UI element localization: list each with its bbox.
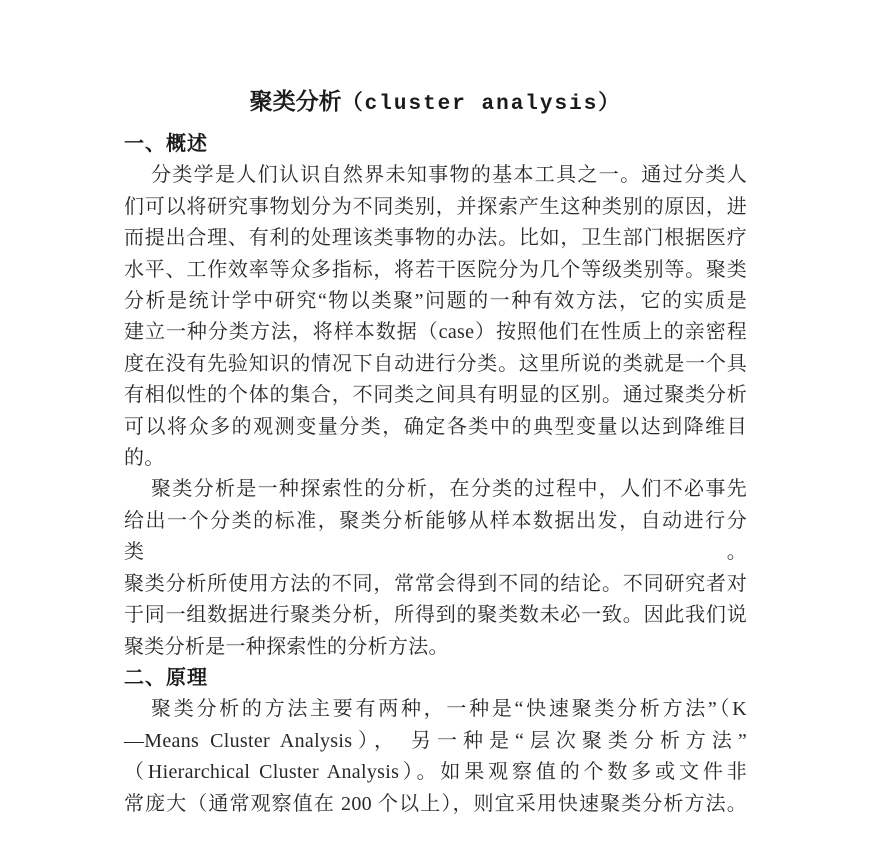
text-line: 聚类分析的方法主要有两种，一种是“快速聚类分析方法”（K [124,694,747,725]
text-line: 聚类分析所使用方法的不同，常常会得到不同的结论。不同研究者对 [124,569,747,600]
text-line: 建立一种分类方法，将样本数据（case）按照他们在性质上的亲密程 [124,317,747,348]
document-page: 聚类分析（cluster analysis） 一、概述 分类学是人们认识自然界未… [0,0,870,842]
text-line: 水平、工作效率等众多指标，将若干医院分为几个等级类别等。聚类 [124,255,747,286]
document-title-chinese: 聚类分析 [250,89,342,114]
text-line: 常庞大（通常观察值在 200 个以上），则宜采用快速聚类分析方法。 [124,789,747,820]
document-title-english: （cluster analysis） [342,93,622,116]
text-line: 们可以将研究事物划分为不同类别，并探索产生这种类别的原因，进 [124,192,747,223]
text-line: 分类学是人们认识自然界未知事物的基本工具之一。通过分类人 [124,160,747,191]
text-line: 度在没有先验知识的情况下自动进行分类。这里所说的类就是一个具 [124,349,747,380]
text-line: 可以将众多的观测变量分类，确定各类中的典型变量以达到降维目 [124,412,747,443]
text-line: （Hierarchical Cluster Analysis）。如果观察值的个数… [124,757,747,788]
document-title: 聚类分析（cluster analysis） [124,84,747,123]
text-line: 聚类分析是一种探索性的分析方法。 [124,632,747,663]
paragraph-3: 聚类分析的方法主要有两种，一种是“快速聚类分析方法”（K —Means Clus… [124,694,747,820]
text-line: 而提出合理、有利的处理该类事物的办法。比如，卫生部门根据医疗 [124,223,747,254]
text-line: 聚类分析是一种探索性的分析，在分类的过程中，人们不必事先 [124,474,747,505]
section-heading-principle: 二、原理 [124,663,747,694]
text-line: 于同一组数据进行聚类分析，所得到的聚类数未必一致。因此我们说 [124,600,747,631]
text-line: 的。 [124,443,747,474]
paragraph-1: 分类学是人们认识自然界未知事物的基本工具之一。通过分类人 们可以将研究事物划分为… [124,160,747,474]
text-line: —Means Cluster Analysis）， 另一种是“层次聚类分析方法” [124,726,747,757]
text-line: 给出一个分类的标准，聚类分析能够从样本数据出发，自动进行分类。 [124,506,747,569]
text-line: 有相似性的个体的集合，不同类之间具有明显的区别。通过聚类分析 [124,380,747,411]
paragraph-2: 聚类分析是一种探索性的分析，在分类的过程中，人们不必事先 给出一个分类的标准，聚… [124,474,747,662]
section-heading-overview: 一、概述 [124,129,747,160]
text-line: 分析是统计学中研究“物以类聚”问题的一种有效方法，它的实质是 [124,286,747,317]
